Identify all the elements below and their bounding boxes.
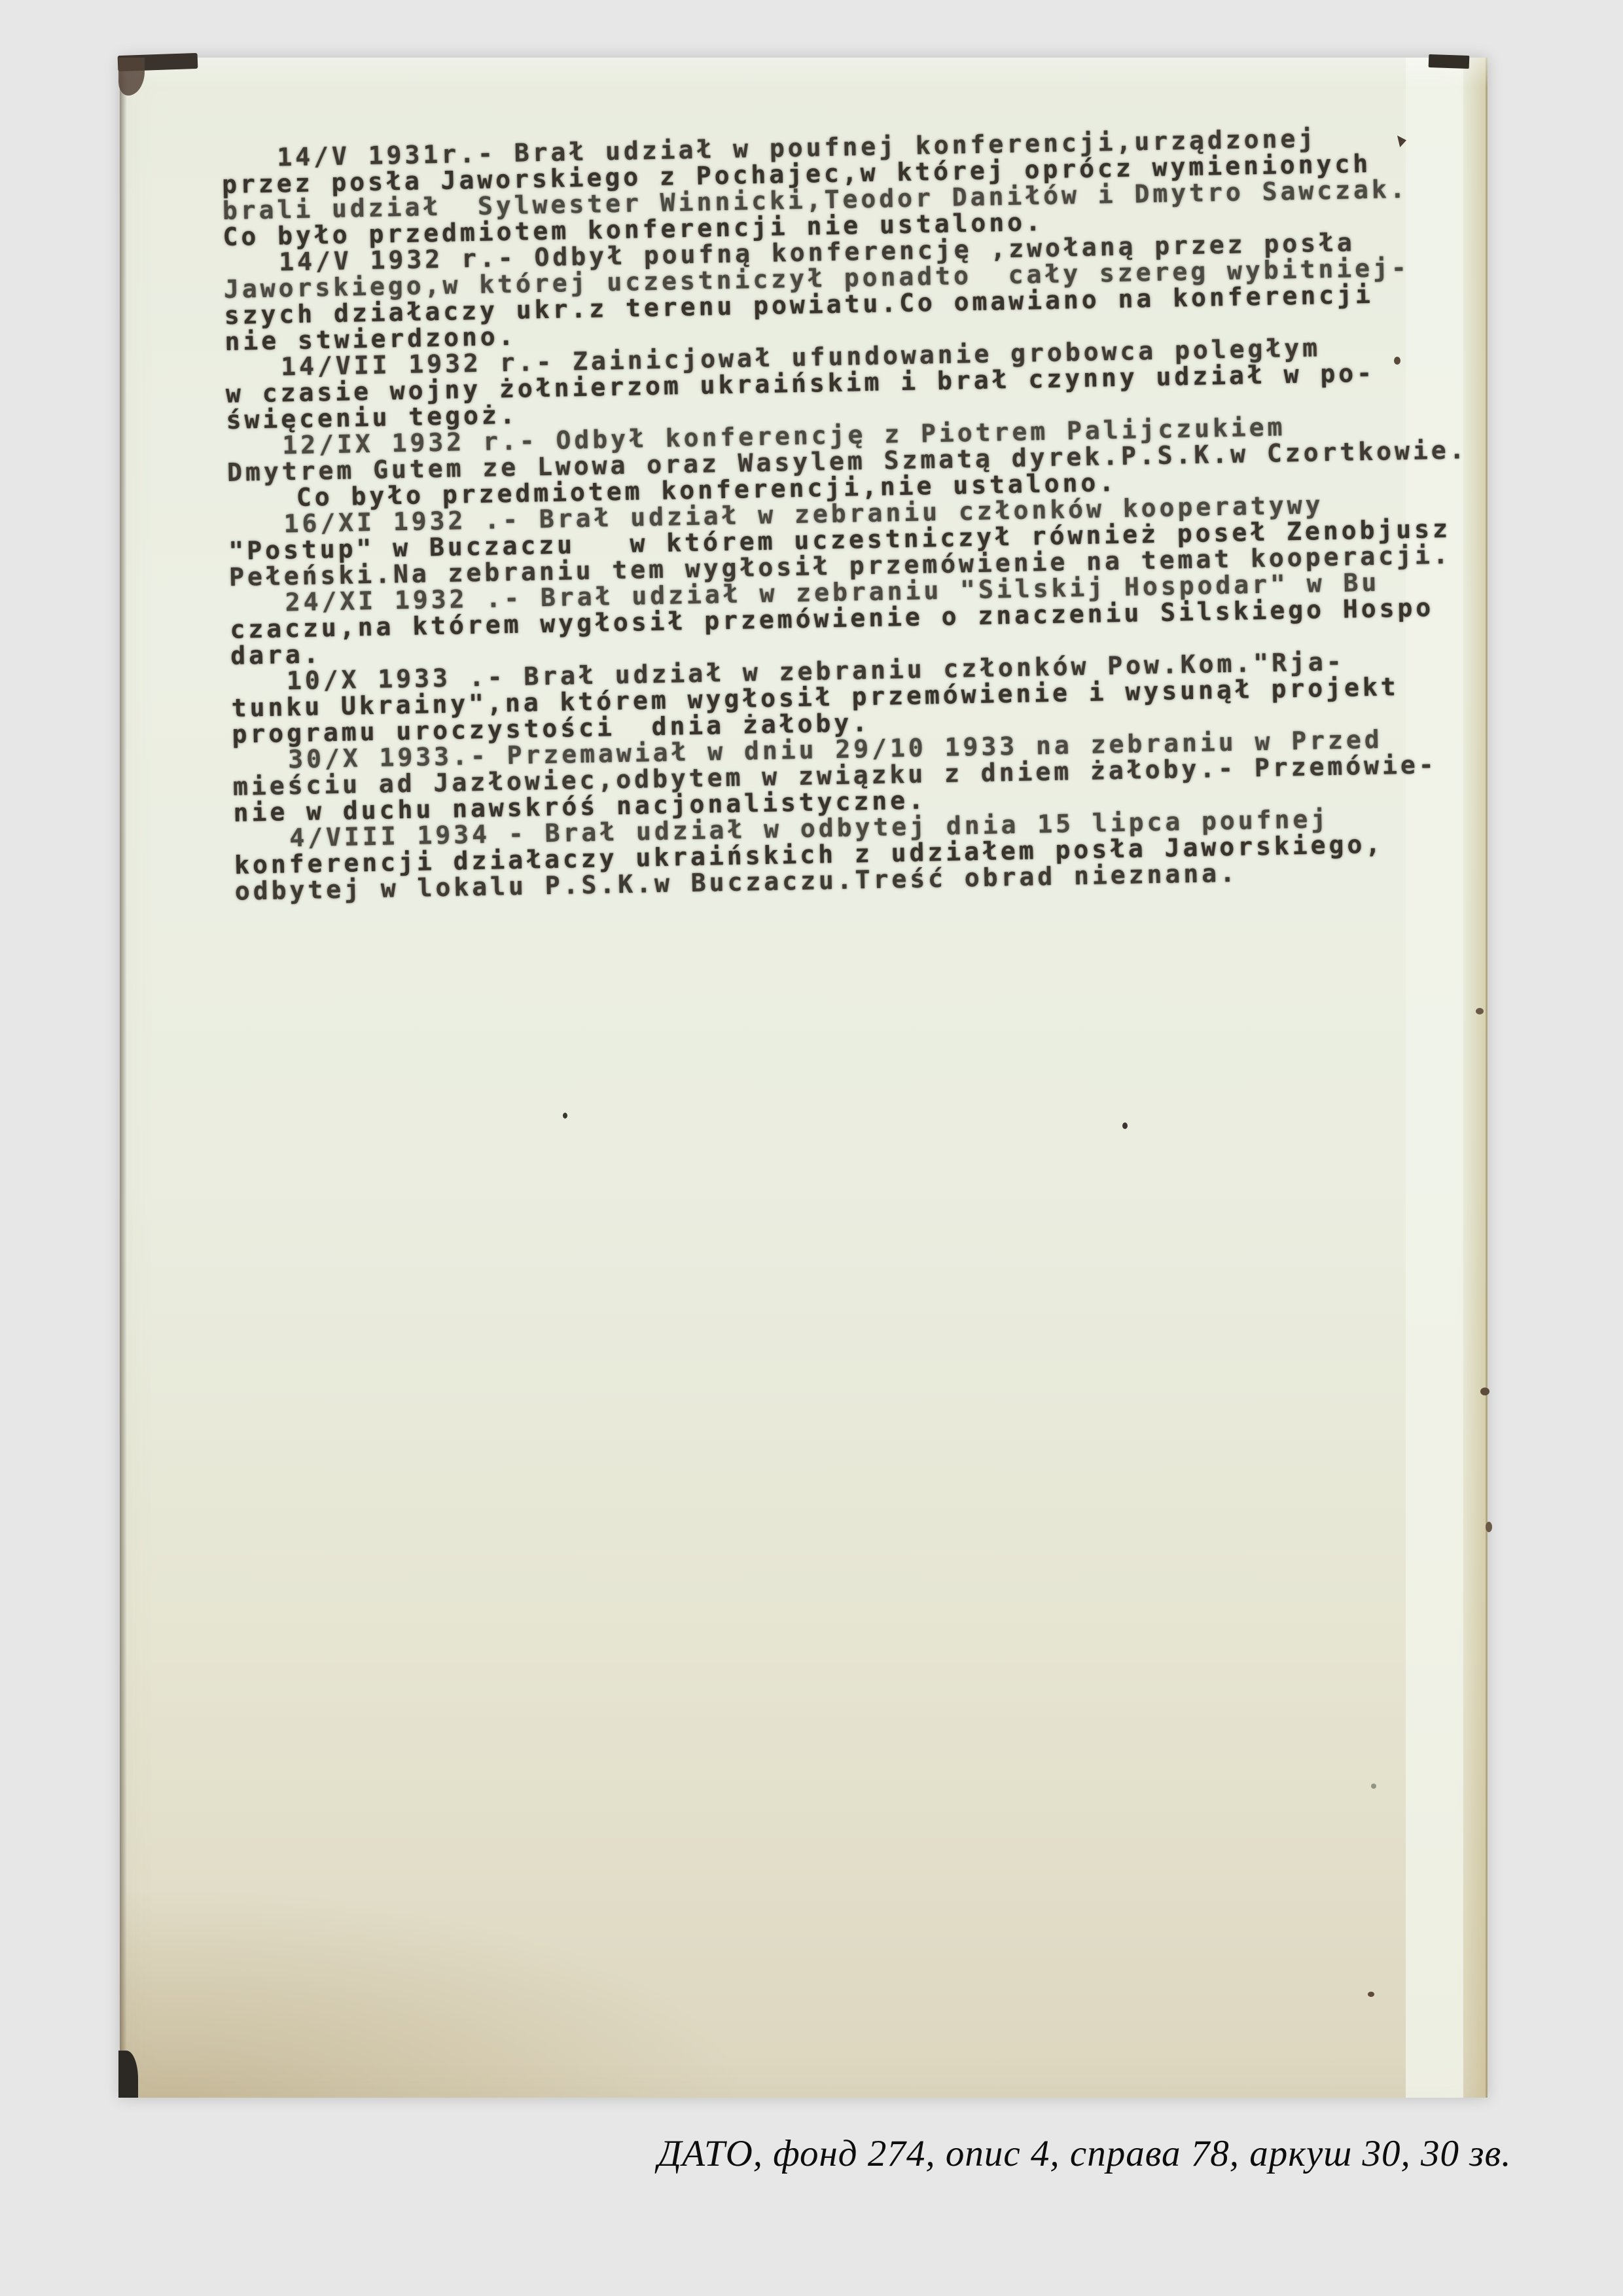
paper-speck xyxy=(1122,1122,1128,1129)
typewritten-text: 14/V 1931r.- Brał udział w poufnej konfe… xyxy=(221,122,1527,905)
paper-top-highlight xyxy=(120,58,1488,88)
paper-speck xyxy=(1476,1008,1484,1014)
paper-speck xyxy=(1368,1992,1374,1997)
archive-reference-caption: ДАТО, фонд 274, опис 4, справа 78, аркуш… xyxy=(658,2132,1574,2175)
paper-speck xyxy=(1480,1388,1489,1395)
paper-left-edge-shadow xyxy=(120,58,127,2098)
paper-speck xyxy=(563,1113,567,1119)
paper-aging-stain xyxy=(120,1888,749,2098)
paper-stain-top-right xyxy=(1429,54,1470,69)
paper-speck xyxy=(1486,1522,1492,1532)
paper-stain-top-left-blob xyxy=(118,58,145,96)
scan-background: 14/V 1931r.- Brał udział w poufnej konfe… xyxy=(0,0,1623,2296)
paper-speck xyxy=(1371,1784,1376,1789)
